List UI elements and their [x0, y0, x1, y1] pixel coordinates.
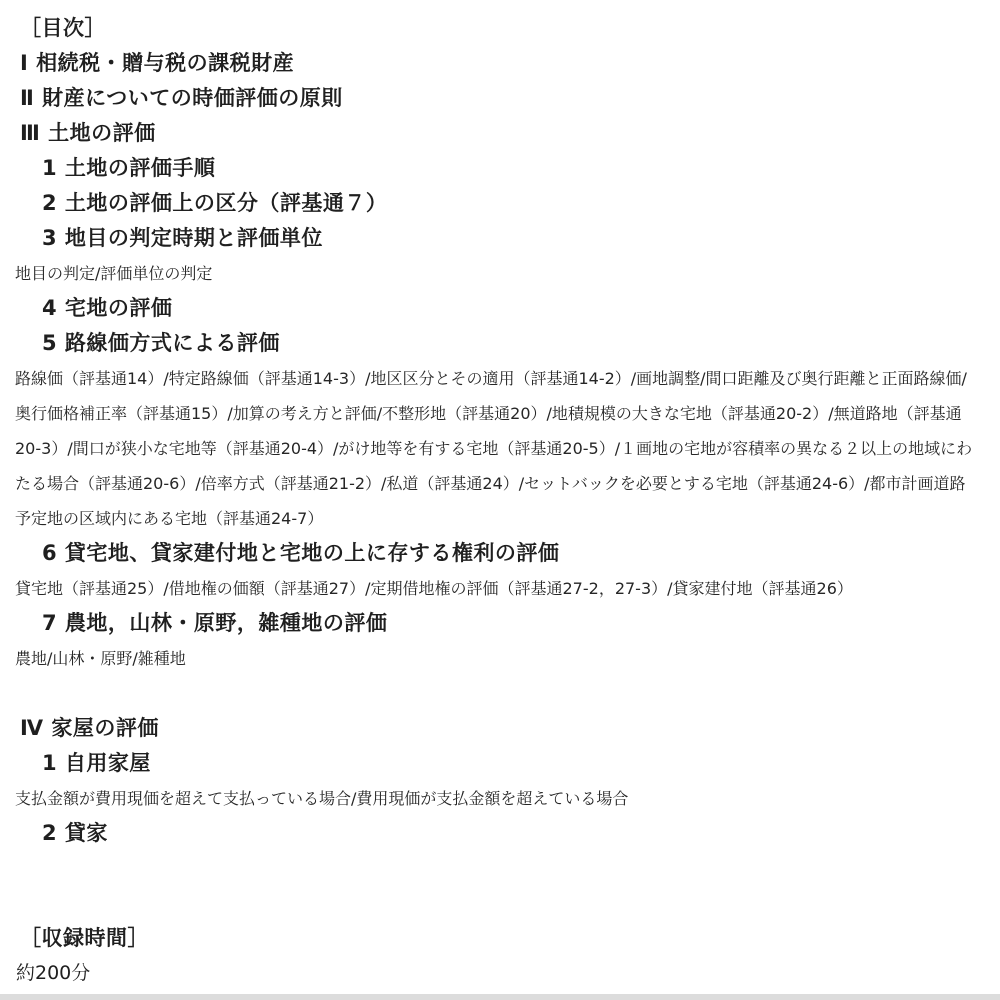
toc-section-4-2: 2 貸家 — [42, 816, 982, 851]
toc-detail-3-5: 路線価（評基通14）/特定路線価（評基通14-3）/地区区分とその適用（評基通1… — [15, 361, 979, 536]
toc-detail-3-7: 農地/山林・原野/雑種地 — [15, 641, 982, 676]
recording-time-value: 約200分 — [16, 956, 982, 991]
toc-section-3-3: 3 地目の判定時期と評価単位 — [42, 221, 982, 256]
toc-detail-4-1: 支払金額が費用現価を超えて支払っている場合/費用現価が支払金額を超えている場合 — [15, 781, 982, 816]
blank-line — [14, 886, 982, 921]
toc-chapter-2: Ⅱ 財産についての時価評価の原則 — [20, 81, 982, 116]
toc-detail-3-6: 貸宅地（評基通25）/借地権の価額（評基通27）/定期借地権の評価（評基通27-… — [15, 571, 982, 606]
toc-title: ［目次］ — [20, 11, 982, 46]
blank-line — [14, 851, 982, 886]
toc-section-3-2: 2 土地の評価上の区分（評基通７） — [42, 186, 982, 221]
toc-section-3-1: 1 土地の評価手順 — [42, 151, 982, 186]
toc-section-3-5: 5 路線価方式による評価 — [42, 326, 982, 361]
recording-time-title: ［収録時間］ — [20, 921, 982, 956]
toc-section-3-7: 7 農地，山林・原野，雑種地の評価 — [42, 606, 982, 641]
page-bottom-edge — [0, 994, 1000, 1000]
toc-section-4-1: 1 自用家屋 — [42, 746, 982, 781]
blank-line — [14, 676, 982, 711]
toc-chapter-4: Ⅳ 家屋の評価 — [20, 711, 982, 746]
toc-detail-3-3: 地目の判定/評価単位の判定 — [15, 256, 982, 291]
toc-chapter-1: Ⅰ 相続税・贈与税の課税財産 — [20, 46, 982, 81]
toc-section-3-4: 4 宅地の評価 — [42, 291, 982, 326]
toc-section-3-6: 6 貸宅地、貸家建付地と宅地の上に存する権利の評価 — [42, 536, 982, 571]
toc-page: ［目次］ Ⅰ 相続税・贈与税の課税財産 Ⅱ 財産についての時価評価の原則 Ⅲ 土… — [0, 0, 1000, 1000]
toc-chapter-3: Ⅲ 土地の評価 — [20, 116, 982, 151]
